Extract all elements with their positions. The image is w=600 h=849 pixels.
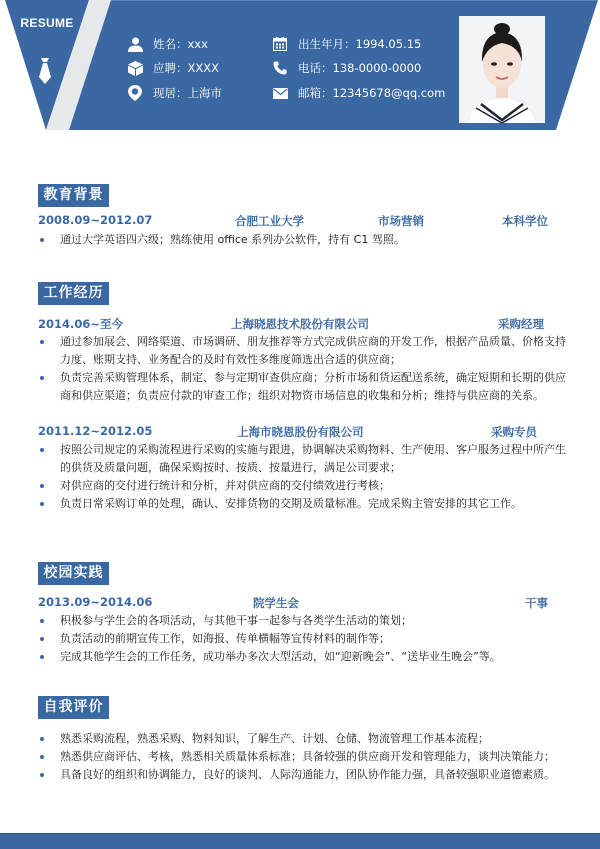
work-entry-header: 2011.12~2012.05 上海市晓恩股份有限公司 采购专员 — [38, 424, 558, 440]
list-item: 负责完善采购管理体系，制定、参与定期审查供应商；分析市场和货运配送系统，确定短期… — [38, 369, 568, 405]
work-company: 上海晓恩技术股份有限公司 — [231, 316, 369, 332]
resume-label: RESUME — [8, 16, 86, 30]
campus-org: 院学生会 — [253, 595, 299, 611]
list-item: 积极参与学生会的各项活动，与其他干事一起参与各类学生活动的策划； — [38, 612, 568, 630]
phone-label: 电话：138-0000-0000 — [298, 60, 421, 76]
info-residence: 现居：上海市 — [127, 84, 222, 102]
list-item: 对供应商的交付进行统计和分析，并对供应商的交付绩效进行考核； — [38, 477, 568, 495]
info-birthdate: 出生年月：1994.05.15 — [272, 35, 421, 53]
list-item: 熟悉采购流程，熟悉采购、物料知识，了解生产、计划、仓储、物流管理工作基本流程； — [38, 730, 568, 748]
footer-bar — [0, 833, 600, 849]
list-item: 通过参加展会、网络渠道、市场调研、朋友推荐等方式完成供应商的开发工作，根据产品质… — [38, 333, 568, 369]
work-date: 2011.12~2012.05 — [38, 424, 152, 438]
list-item: 熟悉供应商评估、考核，熟悉相关质量体系标准；具备较强的供应商开发和管理能力，谈判… — [38, 748, 568, 766]
list-item: 通过大学英语四六级；熟练使用 office 系列办公软件，持有 C1 驾照。 — [38, 231, 568, 249]
work-role: 采购经理 — [498, 316, 544, 332]
education-degree: 本科学位 — [502, 213, 548, 229]
work-company: 上海市晓恩股份有限公司 — [237, 424, 364, 440]
campus-bullets: 积极参与学生会的各项活动，与其他干事一起参与各类学生活动的策划； 负责活动的前期… — [38, 612, 568, 666]
work-role: 采购专员 — [491, 424, 537, 440]
info-position: 应聘：XXXX — [127, 59, 219, 77]
cube-icon — [127, 60, 143, 76]
phone-icon — [272, 60, 288, 76]
work-entry-header: 2014.06~至今 上海晓恩技术股份有限公司 采购经理 — [38, 316, 558, 332]
education-school: 合肥工业大学 — [235, 213, 304, 229]
work-bullets-2: 按照公司规定的采购流程进行采购的实施与跟进，协调解决采购物料、生产使用、客户服务… — [38, 441, 568, 513]
tie-icon — [38, 58, 52, 84]
list-item: 完成其他学生会的工作任务，成功举办多次大型活动，如“迎新晚会”、“送毕业生晚会”… — [38, 648, 568, 666]
name-label: 姓名：xxx — [153, 36, 208, 52]
list-item: 按照公司规定的采购流程进行采购的实施与跟进，协调解决采购物料、生产使用、客户服务… — [38, 441, 568, 477]
calendar-icon — [272, 36, 288, 52]
list-item: 负责活动的前期宣传工作，如海报、传单横幅等宣传材料的制作等； — [38, 630, 568, 648]
mail-icon — [272, 85, 288, 101]
person-icon — [127, 36, 143, 52]
list-item: 负责日常采购订单的处理，确认、安排货物的交期及质量标准。完成采购主管安排的其它工… — [38, 495, 568, 513]
profile-photo — [459, 16, 545, 123]
section-title-self-eval: 自我评价 — [38, 696, 109, 719]
list-item: 具备良好的组织和协调能力，良好的谈判、人际沟通能力，团队协作能力强，具备较强职业… — [38, 766, 568, 784]
info-email: 邮箱：12345678@qq.com — [272, 84, 445, 102]
email-label: 邮箱：12345678@qq.com — [298, 85, 445, 101]
info-name: 姓名：xxx — [127, 35, 208, 53]
section-title-work: 工作经历 — [38, 282, 109, 305]
section-title-campus: 校园实践 — [38, 562, 109, 585]
work-date: 2014.06~至今 — [38, 316, 123, 332]
campus-date: 2013.09~2014.06 — [38, 595, 152, 609]
section-title-education: 教育背景 — [38, 184, 109, 207]
work-bullets-1: 通过参加展会、网络渠道、市场调研、朋友推荐等方式完成供应商的开发工作，根据产品质… — [38, 333, 568, 405]
education-entry-header: 2008.09~2012.07 合肥工业大学 市场营销 本科学位 — [38, 213, 558, 229]
position-label: 应聘：XXXX — [153, 60, 219, 76]
campus-role: 干事 — [525, 595, 548, 611]
self-eval-bullets: 熟悉采购流程，熟悉采购、物料知识，了解生产、计划、仓储、物流管理工作基本流程； … — [38, 730, 568, 784]
resume-header: RESUME 姓名：xxx 应聘：XXXX 现居：上海市 出生年月：1994.0… — [0, 0, 600, 132]
info-phone: 电话：138-0000-0000 — [272, 59, 421, 77]
location-pin-icon — [127, 85, 143, 101]
campus-entry-header: 2013.09~2014.06 院学生会 干事 — [38, 595, 558, 611]
education-major: 市场营销 — [378, 213, 424, 229]
education-date: 2008.09~2012.07 — [38, 213, 152, 227]
birthdate-label: 出生年月：1994.05.15 — [298, 36, 421, 52]
education-bullets: 通过大学英语四六级；熟练使用 office 系列办公软件，持有 C1 驾照。 — [38, 231, 568, 249]
residence-label: 现居：上海市 — [153, 85, 222, 101]
